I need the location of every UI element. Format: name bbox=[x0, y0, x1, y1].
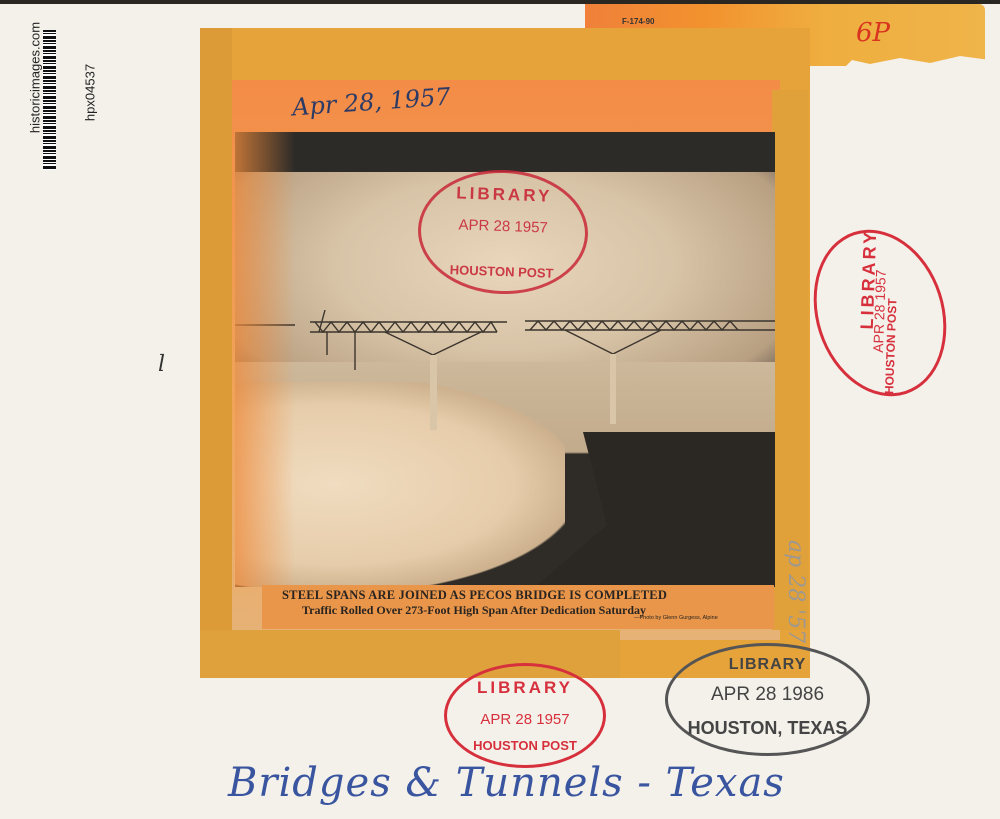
stamp-date: APR 28 1957 bbox=[421, 215, 585, 238]
handwritten-page-note: 6P bbox=[856, 18, 890, 48]
clipping-headline: STEEL SPANS ARE JOINED AS PECOS BRIDGE I… bbox=[282, 588, 667, 603]
clipping-discoloration bbox=[235, 132, 295, 587]
stamp-org: HOUSTON POST bbox=[882, 285, 900, 407]
watermark-site: historicimages.com bbox=[28, 3, 43, 153]
barcode bbox=[43, 30, 56, 170]
stamp-date: APR 28 1986 bbox=[668, 684, 867, 706]
handwritten-margin-mark: l bbox=[158, 352, 165, 377]
handwritten-category: Bridges & Tunnels - Texas bbox=[228, 760, 785, 806]
library-stamp-1986: LIBRARY APR 28 1986 HOUSTON, TEXAS bbox=[665, 643, 870, 756]
photo-credit: —Photo by Glenn Gurgess, Alpine bbox=[634, 615, 718, 621]
library-stamp-bottom: LIBRARY APR 28 1957 HOUSTON POST bbox=[444, 663, 606, 768]
stamp-label: LIBRARY bbox=[668, 656, 867, 674]
tape-left bbox=[200, 28, 232, 678]
handwritten-side-note: ap 28 '57 bbox=[783, 540, 808, 643]
stamp-label: LIBRARY bbox=[447, 678, 603, 698]
library-stamp-right: LIBRARY APR 28 1957 HOUSTON POST bbox=[793, 212, 967, 413]
reference-code: F-174-90 bbox=[622, 17, 654, 26]
bridge-illustration bbox=[235, 310, 775, 430]
stamp-org: HOUSTON POST bbox=[447, 738, 603, 753]
stamp-date: APR 28 1957 bbox=[447, 711, 603, 728]
watermark-item-code: hpx04537 bbox=[83, 33, 98, 153]
clipping-subheadline: Traffic Rolled Over 273-Foot High Span A… bbox=[302, 603, 646, 618]
stamp-org: HOUSTON, TEXAS bbox=[668, 718, 867, 739]
